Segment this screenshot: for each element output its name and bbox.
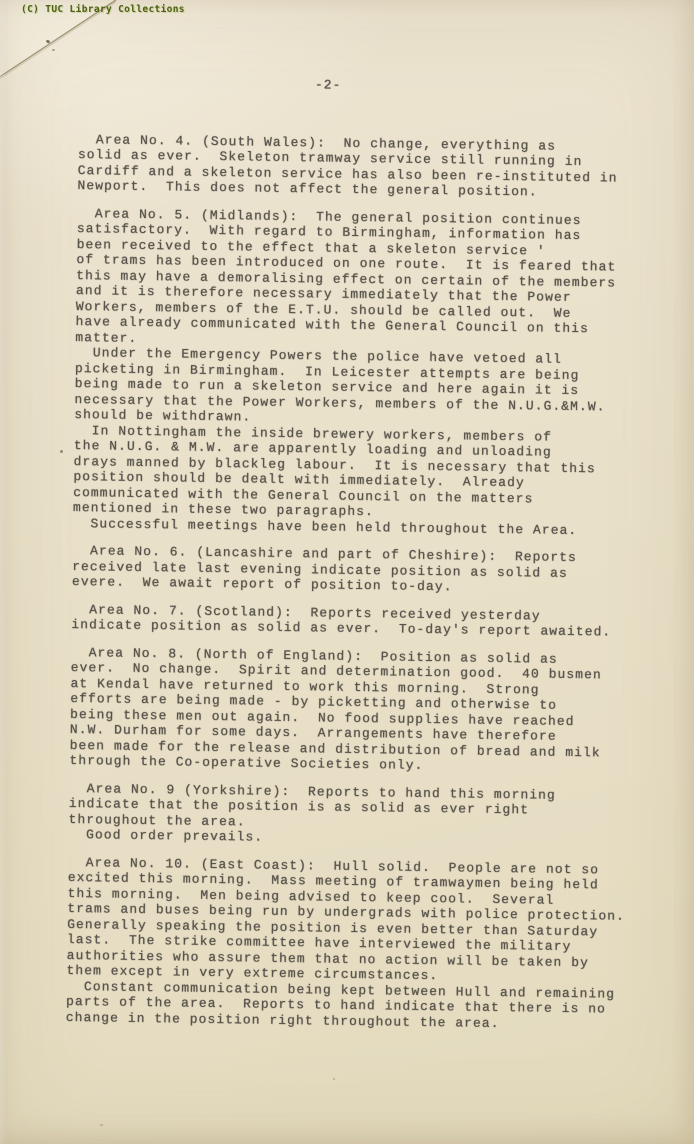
paragraph-area-9: Area No. 9 (Yorkshire): Reports to hand … <box>68 780 669 850</box>
library-watermark: (C) TUC Library Collections <box>21 4 185 15</box>
section-area-4: Area No. 4. (South Wales): No change, ev… <box>77 131 678 201</box>
section-area-9: Area No. 9 (Yorkshire): Reports to hand … <box>68 780 669 850</box>
paper-speck <box>52 49 55 51</box>
paper-speck <box>46 39 51 43</box>
paper-speck <box>60 450 63 453</box>
section-area-6: Area No. 6. (Lancashire and part of Ches… <box>72 543 673 598</box>
section-area-5: Area No. 5. (Midlands): The general posi… <box>73 205 677 539</box>
typewritten-text-block: -2- Area No. 4. (South Wales): No change… <box>66 74 679 1033</box>
paragraph-area-6: Area No. 6. (Lancashire and part of Ches… <box>72 543 673 598</box>
paragraph-area-5-nottingham: In Nottingham the inside brewery workers… <box>73 422 674 539</box>
paragraph-area-10-main: Area No. 10. (East Coast): Hull solid. P… <box>66 854 668 986</box>
section-area-7: Area No. 7. (Scotland): Reports received… <box>71 601 671 640</box>
section-area-8: Area No. 8. (North of England): Position… <box>69 644 671 776</box>
paragraph-area-4: Area No. 4. (South Wales): No change, ev… <box>77 131 678 201</box>
paragraph-area-5-emergency-powers: Under the Emergency Powers the police ha… <box>74 345 675 431</box>
paper-speck <box>100 1124 103 1126</box>
page-number: -2- <box>315 77 679 98</box>
paragraph-area-5-main: Area No. 5. (Midlands): The general posi… <box>75 205 677 353</box>
paper-speck <box>333 1078 335 1080</box>
paragraph-area-10-communication: Constant communication being kept betwee… <box>66 978 667 1033</box>
paragraph-area-8: Area No. 8. (North of England): Position… <box>69 644 671 776</box>
paper-left-edge-highlight <box>0 0 6 1144</box>
paragraph-area-7: Area No. 7. (Scotland): Reports received… <box>71 601 671 640</box>
scanned-document-page: (C) TUC Library Collections -2- Area No.… <box>0 0 694 1144</box>
section-area-10: Area No. 10. (East Coast): Hull solid. P… <box>66 854 668 1033</box>
